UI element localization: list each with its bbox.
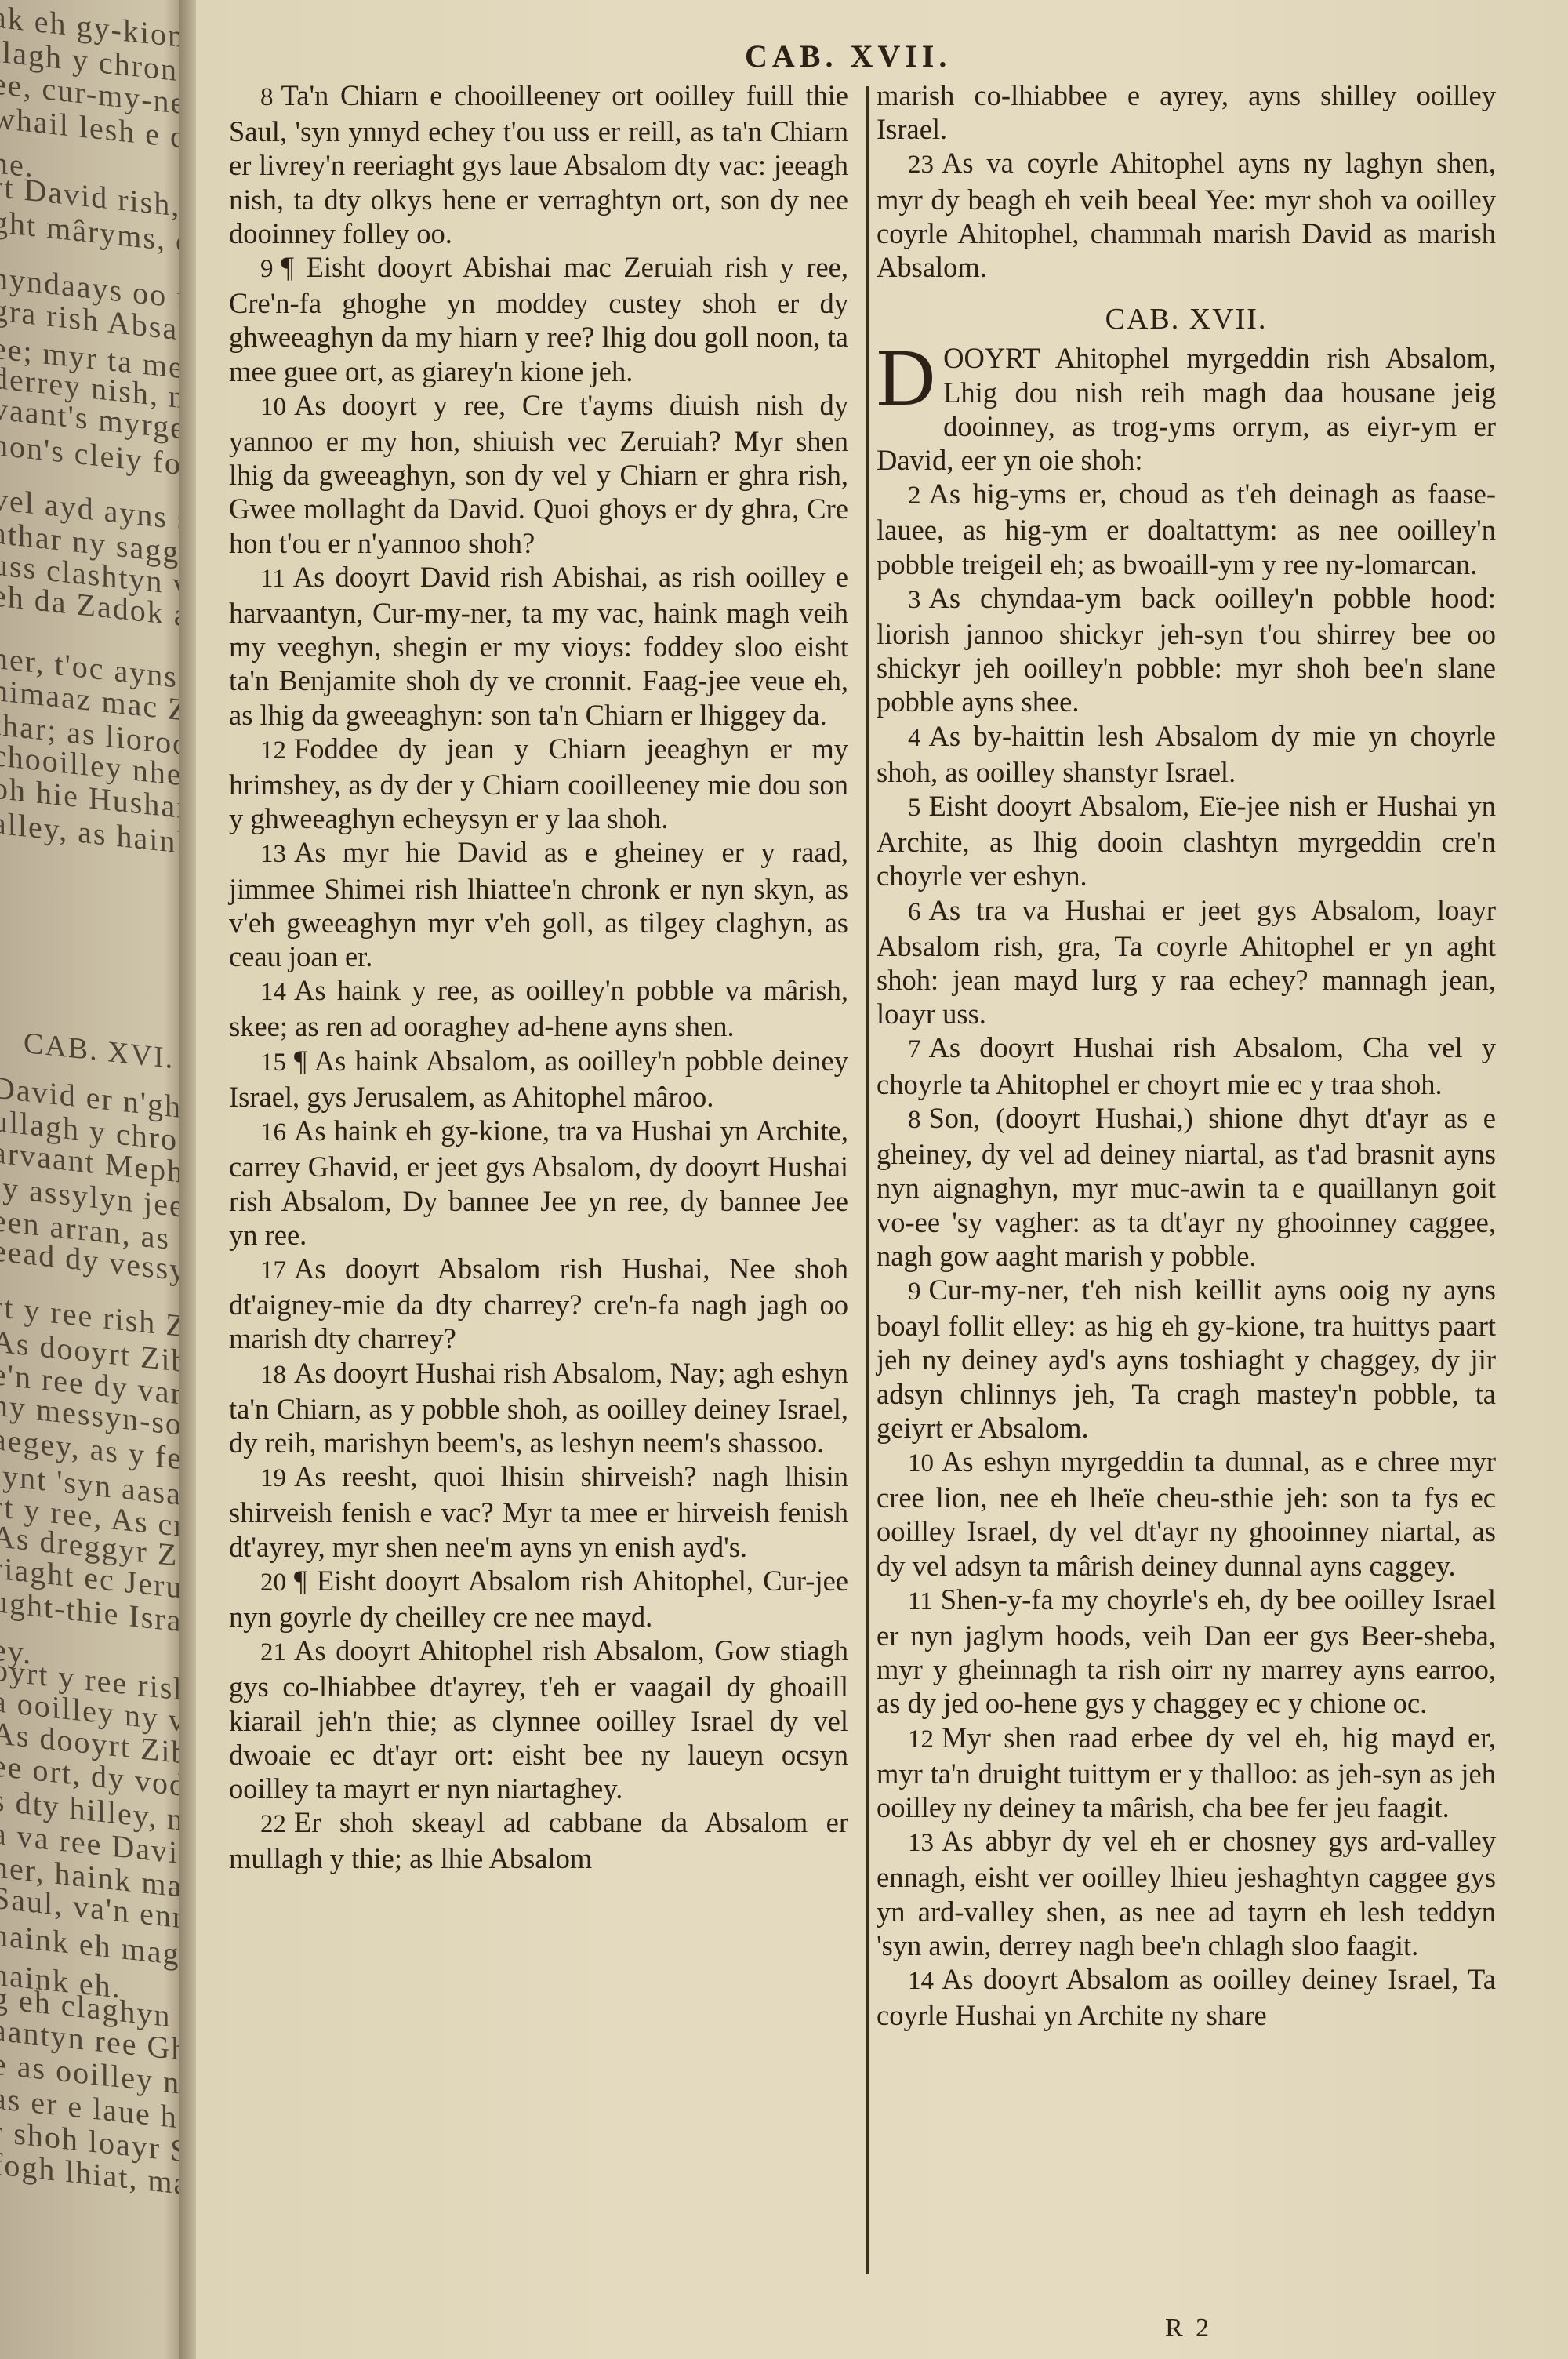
pilcrow-icon: ¶ xyxy=(294,1045,314,1077)
verse-number: 6 xyxy=(908,898,921,926)
verse: 16As haink eh gy-kione, tra va Hushai yn… xyxy=(229,1114,848,1252)
verse-text: As by-haittin lesh Absalom dy mie yn cho… xyxy=(877,720,1496,788)
book-page: CAB. XVII. 8Ta'n Chiarn e chooilleeney o… xyxy=(196,0,1568,2359)
verse-text: As dooyrt Hushai rish Absalom, Cha vel y… xyxy=(877,1031,1496,1100)
verse-text: As chyndaa-ym back ooilley'n pobble hood… xyxy=(877,582,1496,718)
verse-text: As haink Absalom, as ooilley'n pobble de… xyxy=(229,1045,848,1113)
verse-number: 2 xyxy=(908,482,921,510)
verses-before-chapter: 23As va coyrle Ahitophel ayns ny laghyn … xyxy=(877,146,1496,284)
verse: 9¶ Eisht dooyrt Abishai mac Zeruiah rish… xyxy=(229,250,848,388)
verse: 10As dooyrt y ree, Cre t'ayms diuish nis… xyxy=(229,388,848,560)
drop-cap: D xyxy=(877,344,935,412)
verse: 23As va coyrle Ahitophel ayns ny laghyn … xyxy=(877,146,1496,284)
verse: 10As eshyn myrgeddin ta dunnal, as e chr… xyxy=(877,1445,1496,1583)
verse-text: As haink y ree, as ooilley'n pobble va m… xyxy=(229,974,848,1042)
verse-text: As dooyrt y ree, Cre t'ayms diuish nish … xyxy=(229,389,848,559)
verse: 20¶ Eisht dooyrt Absalom rish Ahitophel,… xyxy=(229,1564,848,1634)
page-signature: R 2 xyxy=(1165,2314,1212,2343)
verse-text: As tra va Hushai er jeet gys Absalom, lo… xyxy=(877,894,1496,1030)
verse-text: Shen-y-fa my choyrle's eh, dy bee ooille… xyxy=(877,1583,1496,1720)
verse: 4As by-haittin lesh Absalom dy mie yn ch… xyxy=(877,719,1496,789)
verse-text: As dooyrt David rish Abishai, as rish oo… xyxy=(229,561,848,731)
verse-number: 20 xyxy=(260,1568,286,1597)
verse: 17As dooyrt Absalom rish Hushai, Nee sho… xyxy=(229,1252,848,1356)
verse-text: Eisht dooyrt Absalom rish Ahitophel, Cur… xyxy=(229,1565,848,1633)
verse-text: Er shoh skeayl ad cabbane da Absalom er … xyxy=(229,1806,848,1874)
verse-number: 23 xyxy=(908,151,934,179)
verse: 19As reesht, quoi lhisin shirveish? nagh… xyxy=(229,1459,848,1564)
verse-number: 13 xyxy=(908,1829,934,1857)
previous-page-edge: ak eh gy-kione, tra vallagh y chronk, ra… xyxy=(0,0,182,2359)
opening-text: OOYRT Ahitophel myrgeddin rish Absalom, … xyxy=(877,342,1496,476)
verse: 11Shen-y-fa my choyrle's eh, dy bee ooil… xyxy=(877,1583,1496,1721)
verse: 8Ta'n Chiarn e chooilleeney ort ooilley … xyxy=(229,78,848,250)
pilcrow-icon: ¶ xyxy=(281,251,307,283)
left-column: 8Ta'n Chiarn e chooilleeney ort ooilley … xyxy=(229,78,848,1876)
verse: 21As dooyrt Ahitophel rish Absalom, Gow … xyxy=(229,1634,848,1805)
verse: 2As hig-yms er, choud as t'eh deinagh as… xyxy=(877,477,1496,581)
verse-text: Son, (dooyrt Hushai,) shione dhyt dt'ayr… xyxy=(877,1102,1496,1272)
verse: 13As myr hie David as e gheiney er y raa… xyxy=(229,835,848,973)
verse-number: 15 xyxy=(260,1049,286,1077)
verse-number: 4 xyxy=(908,724,921,752)
verse-text: As hig-yms er, choud as t'eh deinagh as … xyxy=(877,478,1496,580)
verse-number: 9 xyxy=(260,255,274,283)
verse-number: 8 xyxy=(260,83,274,111)
verse-text: As dooyrt Absalom rish Hushai, Nee shoh … xyxy=(229,1252,848,1354)
verse-text: Myr shen raad erbee dy vel eh, hig mayd … xyxy=(877,1721,1496,1823)
verse-text: As haink eh gy-kione, tra va Hushai yn A… xyxy=(229,1114,848,1251)
verse-text: As reesht, quoi lhisin shirveish? nagh l… xyxy=(229,1460,848,1562)
verse: 13As abbyr dy vel eh er chosney gys ard-… xyxy=(877,1824,1496,1962)
verse-number: 3 xyxy=(908,586,921,614)
verse: 7As dooyrt Hushai rish Absalom, Cha vel … xyxy=(877,1030,1496,1100)
verses-after-chapter: 2As hig-yms er, choud as t'eh deinagh as… xyxy=(877,477,1496,2032)
verse-number: 12 xyxy=(260,736,286,765)
verse-text: As dooyrt Ahitophel rish Absalom, Gow st… xyxy=(229,1634,848,1805)
chapter-title: CAB. XVII. xyxy=(877,303,1496,336)
verse: 11As dooyrt David rish Abishai, as rish … xyxy=(229,560,848,732)
chapter-opening: DOOYRT Ahitophel myrgeddin rish Absalom,… xyxy=(877,341,1496,477)
verse-number: 21 xyxy=(260,1638,286,1667)
verse-number: 14 xyxy=(908,1967,934,1995)
verse-number: 19 xyxy=(260,1464,286,1492)
column-rule xyxy=(866,86,869,2274)
verse-text: As dooyrt Absalom as ooilley deiney Isra… xyxy=(877,1963,1496,2031)
verse-text: Eisht dooyrt Abishai mac Zeruiah rish y … xyxy=(229,251,848,387)
verse-number: 13 xyxy=(260,840,286,868)
verse-text: As va coyrle Ahitophel ayns ny laghyn sh… xyxy=(877,147,1496,283)
verse-text: As myr hie David as e gheiney er y raad,… xyxy=(229,836,848,972)
verse-continuation: marish co-lhiabbee e ayrey, ayns shilley… xyxy=(877,78,1496,146)
verse: 14As dooyrt Absalom as ooilley deiney Is… xyxy=(877,1962,1496,2032)
verse-number: 22 xyxy=(260,1810,286,1838)
verse: 12Foddee dy jean y Chiarn jeeaghyn er my… xyxy=(229,732,848,836)
verse-number: 9 xyxy=(908,1278,921,1306)
verse: 18As dooyrt Hushai rish Absalom, Nay; ag… xyxy=(229,1356,848,1460)
verse-text: As abbyr dy vel eh er chosney gys ard-va… xyxy=(877,1825,1496,1961)
verse-text: Cur-my-ner, t'eh nish keillit ayns ooig … xyxy=(877,1274,1496,1444)
verse-text: Foddee dy jean y Chiarn jeeaghyn er my h… xyxy=(229,732,848,834)
verse-text: As dooyrt Hushai rish Absalom, Nay; agh … xyxy=(229,1357,848,1459)
verse: 5Eisht dooyrt Absalom, Eïe-jee nish er H… xyxy=(877,789,1496,893)
right-column: marish co-lhiabbee e ayrey, ayns shilley… xyxy=(877,78,1496,2032)
verse: 6As tra va Hushai er jeet gys Absalom, l… xyxy=(877,893,1496,1031)
verse: 22Er shoh skeayl ad cabbane da Absalom e… xyxy=(229,1805,848,1875)
verse-number: 16 xyxy=(260,1118,286,1147)
verse-number: 17 xyxy=(260,1256,286,1285)
verse-number: 10 xyxy=(260,393,286,421)
verse-number: 18 xyxy=(260,1361,286,1389)
verse-text: As eshyn myrgeddin ta dunnal, as e chree… xyxy=(877,1445,1496,1582)
verse: 9Cur-my-ner, t'eh nish keillit ayns ooig… xyxy=(877,1273,1496,1445)
previous-page-line: CAB. XVI. xyxy=(24,1026,174,1076)
verse-number: 11 xyxy=(908,1587,933,1616)
verse-text: Ta'n Chiarn e chooilleeney ort ooilley f… xyxy=(229,79,848,249)
verse-number: 11 xyxy=(260,565,285,593)
verse: 8Son, (dooyrt Hushai,) shione dhyt dt'ay… xyxy=(877,1101,1496,1273)
verse: 12Myr shen raad erbee dy vel eh, hig may… xyxy=(877,1721,1496,1825)
verse-number: 5 xyxy=(908,794,921,822)
verse: 14As haink y ree, as ooilley'n pobble va… xyxy=(229,973,848,1043)
verse-number: 10 xyxy=(908,1449,934,1478)
verse: 3As chyndaa-ym back ooilley'n pobble hoo… xyxy=(877,581,1496,719)
verse-text: Eisht dooyrt Absalom, Eïe-jee nish er Hu… xyxy=(877,790,1496,892)
verse-number: 8 xyxy=(908,1106,921,1134)
verse: 15¶ As haink Absalom, as ooilley'n pobbl… xyxy=(229,1044,848,1114)
pilcrow-icon: ¶ xyxy=(294,1565,317,1597)
verse-number: 14 xyxy=(260,978,286,1006)
verse-number: 12 xyxy=(908,1725,934,1754)
verse-number: 7 xyxy=(908,1035,921,1063)
running-head: CAB. XVII. xyxy=(745,38,951,75)
